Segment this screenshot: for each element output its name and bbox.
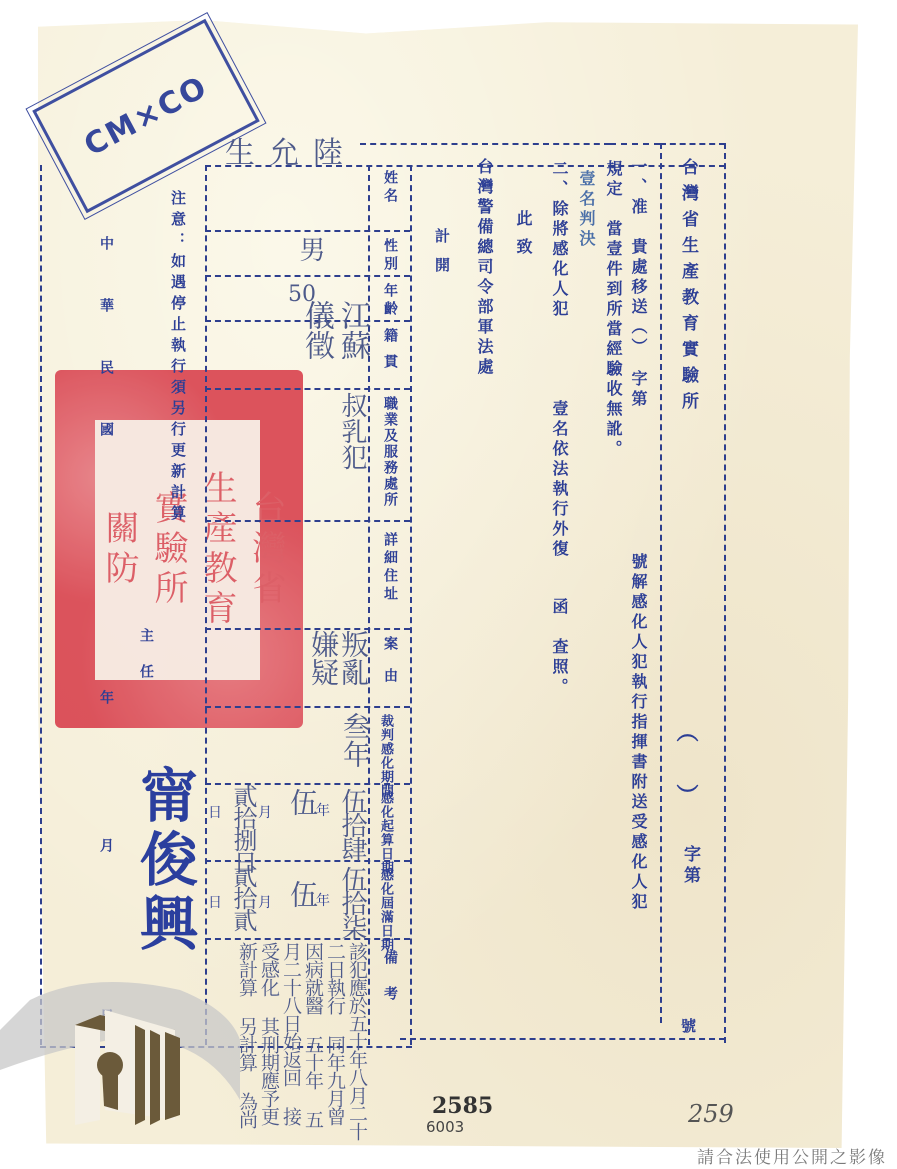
value-occupation: 叔乳犯 [334, 392, 371, 470]
archive-sub-number: 6003 [426, 1118, 464, 1136]
row-divider-name [205, 230, 410, 232]
date-year: 年 [96, 690, 116, 708]
item-2-line: 二、除將感化人犯 [548, 160, 571, 320]
header-column-divider [660, 143, 662, 1023]
value-end-day: 貳拾貳 [226, 864, 261, 930]
item-2-continuation: 壹名依法執行外復 [548, 400, 571, 560]
header-top-border [660, 143, 725, 145]
value-start-month: 伍 [282, 788, 322, 816]
issuer-title: 台灣省生產教育實驗所 [676, 158, 701, 418]
value-origin: 江蘇儀徵 [300, 300, 370, 380]
row-divider-sex [205, 275, 410, 277]
header-sentence: 裁判感化期間 [376, 714, 395, 798]
value-sex: 男 [292, 236, 329, 262]
archive-keyhole-book-logo-icon [0, 970, 240, 1160]
header-case: 案由 [380, 636, 400, 700]
doc-number-brackets: （ ） [670, 720, 701, 816]
value-end-month: 伍 [282, 880, 322, 908]
value-sentence: 叁年 [335, 712, 375, 768]
header-age: 年齡 [380, 283, 400, 319]
page-number: 259 [688, 1100, 734, 1128]
item-1-line-b: 號解感化人犯執行指揮書附送受感化人犯 [627, 553, 650, 913]
value-name: 陸允生 [225, 128, 357, 172]
header-remarks: 備考 [380, 950, 400, 1022]
doc-number-end: 號 [678, 1018, 699, 1037]
stamp-blue-text: CM×CO [78, 69, 213, 163]
director-title: 主任 [136, 628, 156, 700]
item-1-line-a: 一、准 貴處移送（） 字第 [627, 158, 650, 410]
value-start-year: 伍拾肆 [334, 788, 371, 860]
attachment-label: 計開 [432, 228, 453, 286]
date-month: 月 [96, 838, 116, 856]
row-divider-origin [205, 388, 410, 390]
doc-number-label: 字第 [678, 845, 703, 887]
value-case: 叛亂嫌疑 [308, 630, 368, 710]
notice: 注意：如遇停止執行須另行更新計算 [168, 190, 189, 526]
row-divider-occupation [205, 520, 410, 522]
header-end-date: 感化屆滿日期 [376, 868, 395, 952]
end-day-label: 日 [208, 892, 226, 912]
header-address: 詳細住址 [380, 532, 400, 604]
table-right-border [410, 165, 412, 1045]
archive-number: 2585 [432, 1093, 493, 1119]
usage-watermark: 請合法使用公開之影像 [697, 1143, 887, 1168]
header-start-date: 感化起算日期 [376, 791, 395, 875]
outer-left-border [40, 165, 42, 1045]
frame-right-border [724, 143, 726, 1043]
header-occupation: 職業及服務處所 [380, 396, 400, 508]
seal-text-4: 關防 [95, 510, 144, 590]
header-origin: 籍貫 [380, 328, 400, 380]
value-end-year: 伍拾柒 [334, 866, 371, 938]
director-signature: 甯俊興 [122, 765, 206, 957]
header-name: 姓名 [380, 170, 400, 206]
value-remarks: 該犯應於五十年八月二十二日執行 同年九月曾因病就醫 五十年 五月二十八日始返回 … [228, 942, 368, 1142]
items-top-border-2 [360, 143, 610, 145]
value-start-day: 貳拾捌日 [226, 784, 261, 872]
frame-bottom-border [400, 1038, 725, 1040]
seal-text-1: 台灣省 [242, 490, 291, 610]
item-1-judgement: 壹名判決 [575, 170, 598, 250]
header-sex: 性別 [380, 238, 400, 274]
items-top-border [610, 143, 660, 145]
seal-text-2: 生產教育 [193, 470, 242, 630]
closing-phrase: 此致 [512, 210, 535, 266]
start-day-label: 日 [208, 802, 226, 822]
item-2-closing: 函 查照。 [548, 598, 571, 698]
date-prefix: 中華民國 [96, 236, 116, 476]
item-1-line-c: 規定 當壹件到所當經驗收無訛。 [602, 160, 625, 460]
recipient: 台灣警備總司令部軍法處 [473, 158, 496, 378]
